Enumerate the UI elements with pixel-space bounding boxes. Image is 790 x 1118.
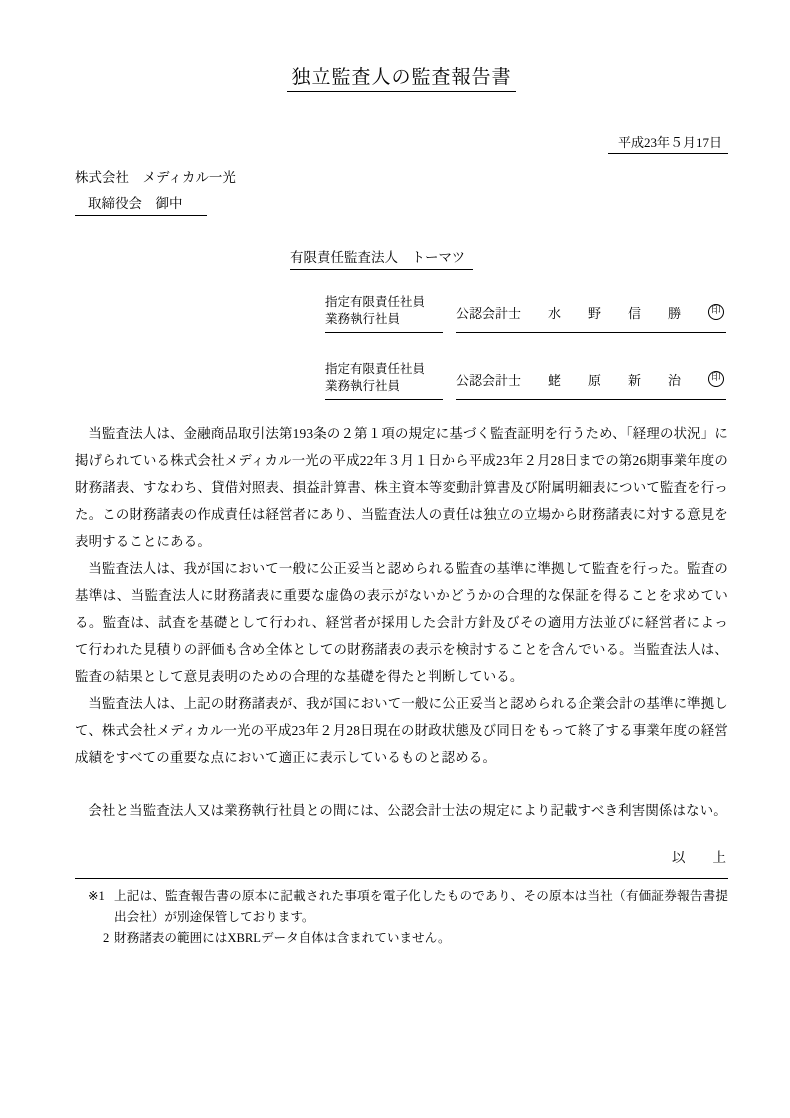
paragraph-opinion: 当監査法人は、上記の財務諸表が、我が国において一般に公正妥当と認められる企業会計… — [75, 690, 728, 771]
report-date: 平成23年５月17日 — [608, 132, 728, 154]
note-1: ※1 上記は、監査報告書の原本に記載された事項を電子化したものであり、その原本は… — [75, 886, 728, 928]
signature-role-1-line2: 業務執行社員 — [325, 311, 443, 328]
signature-role-1: 指定有限責任社員 業務執行社員 — [325, 294, 443, 333]
name-char: 勝 — [668, 303, 681, 322]
paragraph-standards: 当監査法人は、我が国において一般に公正妥当と認められる監査の基準に準拠して監査を… — [75, 555, 728, 690]
name-char: 水 — [548, 303, 561, 322]
page-content: 独立監査人の監査報告書 平成23年５月17日 株式会社 メディカル一光 取締役会… — [0, 0, 790, 949]
report-date-line: 平成23年５月17日 — [75, 132, 728, 154]
addressee-board: 取締役会 御中 — [75, 192, 207, 216]
title-wrap: 独立監査人の監査報告書 — [75, 0, 728, 92]
signature-role-2-line2: 業務執行社員 — [325, 378, 443, 395]
notes-divider — [75, 878, 728, 879]
signature-name-2: 公認会計士 蛯 原 新 治 印 — [456, 361, 726, 400]
closing-statement: 以 上 — [75, 846, 728, 866]
report-body: 当監査法人は、金融商品取引法第193条の２第１項の規定に基づく監査証明を行うため… — [75, 420, 728, 824]
name-char: 治 — [668, 370, 681, 389]
note-2: 2 財務諸表の範囲にはXBRLデータ自体は含まれていません。 — [75, 928, 728, 949]
audit-report-page: 独立監査人の監査報告書 平成23年５月17日 株式会社 メディカル一光 取締役会… — [0, 0, 790, 1118]
signature-block-1: 指定有限責任社員 業務執行社員 公認会計士 水 野 信 勝 印 — [325, 294, 728, 333]
name-char: 野 — [588, 303, 601, 322]
signature-name-1: 公認会計士 水 野 信 勝 印 — [456, 294, 726, 333]
name-char: 新 — [628, 370, 641, 389]
seal-icon: 印 — [708, 304, 724, 320]
signature-role-2-line1: 指定有限責任社員 — [325, 361, 443, 378]
note-1-text: 上記は、監査報告書の原本に記載された事項を電子化したものであり、その原本は当社（… — [114, 886, 728, 928]
addressee-company: 株式会社 メディカル一光 — [75, 166, 728, 186]
footer-notes: ※1 上記は、監査報告書の原本に記載された事項を電子化したものであり、その原本は… — [75, 886, 728, 949]
note-1-marker: ※1 — [75, 886, 114, 928]
audit-firm-name: 有限責任監査法人 トーマツ — [290, 246, 473, 270]
signature-block-2: 指定有限責任社員 業務執行社員 公認会計士 蛯 原 新 治 印 — [325, 361, 728, 400]
name-char: 原 — [588, 370, 601, 389]
signature-role-2: 指定有限責任社員 業務執行社員 — [325, 361, 443, 400]
accountant-title-2: 公認会計士 — [456, 370, 521, 389]
seal-icon: 印 — [708, 371, 724, 387]
name-char: 信 — [628, 303, 641, 322]
accountant-title-1: 公認会計士 — [456, 303, 521, 322]
paragraph-interest: 会社と当監査法人又は業務執行社員との間には、公認会計士法の規定により記載すべき利… — [75, 797, 728, 824]
note-2-text: 財務諸表の範囲にはXBRLデータ自体は含まれていません。 — [114, 928, 728, 949]
signature-role-1-line1: 指定有限責任社員 — [325, 294, 443, 311]
paragraph-scope: 当監査法人は、金融商品取引法第193条の２第１項の規定に基づく監査証明を行うため… — [75, 420, 728, 555]
page-title: 独立監査人の監査報告書 — [287, 62, 515, 92]
note-2-marker: 2 — [75, 928, 114, 949]
name-char: 蛯 — [548, 370, 561, 389]
